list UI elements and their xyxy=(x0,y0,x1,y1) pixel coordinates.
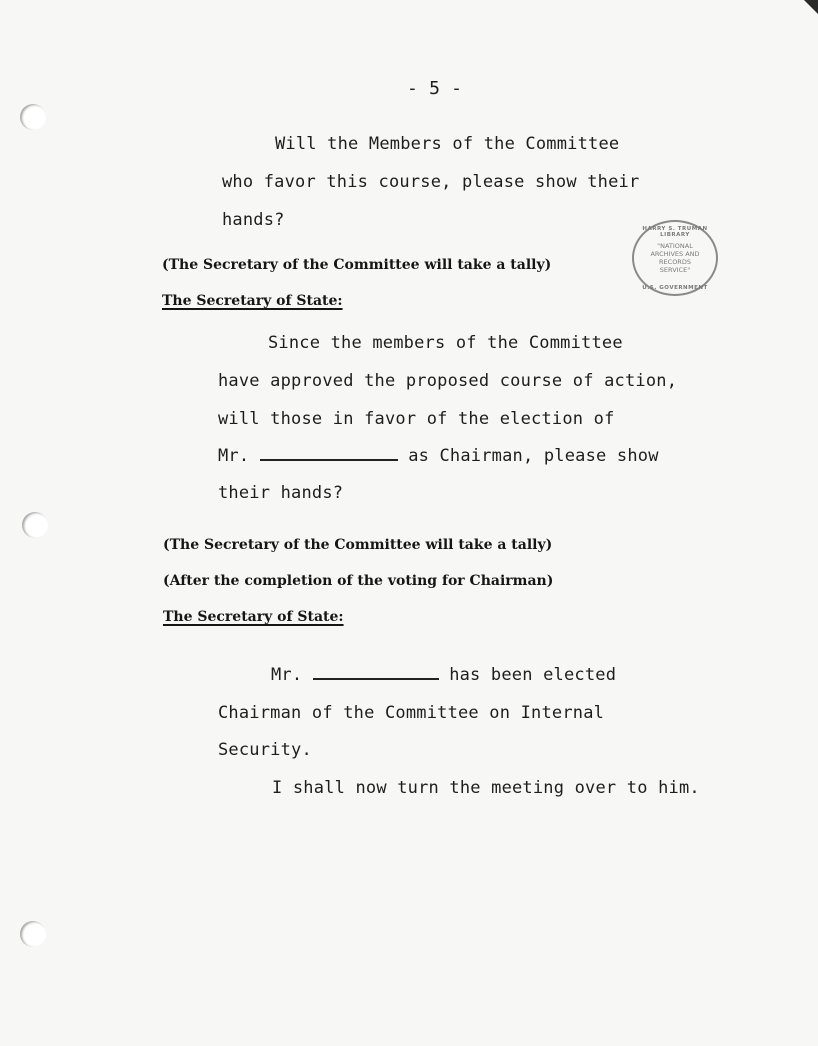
page-number: - 5 - xyxy=(407,78,462,99)
stamp-ring-bottom: U.S. GOVERNMENT xyxy=(634,285,716,291)
punch-hole-top xyxy=(20,104,46,130)
speaker-heading-1: The Secretary of State: xyxy=(162,293,343,309)
document-page: - 5 - Will the Members of the Committee … xyxy=(0,0,818,1046)
paragraph2-line2: have approved the proposed course of act… xyxy=(218,371,677,391)
paragraph3-line1: Mr. has been elected xyxy=(271,665,616,685)
stamp-line: RECORDS xyxy=(634,258,716,266)
mr-prefix: Mr. xyxy=(271,665,302,685)
stamp-line: ARCHIVES AND xyxy=(634,250,716,258)
stage-note-tally-2: (The Secretary of the Committee will tak… xyxy=(163,537,552,553)
mr-prefix: Mr. xyxy=(218,446,249,466)
stamp-center: "NATIONAL ARCHIVES AND RECORDS SERVICE" xyxy=(634,242,716,274)
stamp-line: SERVICE" xyxy=(634,266,716,274)
paragraph2-line4: Mr. as Chairman, please show xyxy=(218,446,659,466)
stamp-ring-top: HARRY S. TRUMAN LIBRARY xyxy=(634,226,716,238)
chairman-suffix: as Chairman, please show xyxy=(408,446,658,466)
stamp-line: "NATIONAL xyxy=(634,242,716,250)
stage-note-after-voting: (After the completion of the voting for … xyxy=(163,573,553,589)
name-blank xyxy=(313,678,439,680)
punch-hole-bottom xyxy=(20,921,46,947)
paragraph2-line1: Since the members of the Committee xyxy=(268,333,623,353)
paragraph3-line2: Chairman of the Committee on Internal xyxy=(218,703,604,723)
paragraph2-line3: will those in favor of the election of xyxy=(218,409,615,429)
name-blank xyxy=(260,459,398,461)
stage-note-tally-1: (The Secretary of the Committee will tak… xyxy=(162,257,551,273)
paragraph2-line5: their hands? xyxy=(218,483,343,503)
archive-stamp: HARRY S. TRUMAN LIBRARY "NATIONAL ARCHIV… xyxy=(632,220,718,296)
paragraph3-line3: Security. xyxy=(218,740,312,760)
speaker-heading-2: The Secretary of State: xyxy=(163,609,344,625)
paragraph1-line3: hands? xyxy=(222,210,285,230)
paragraph1-line1: Will the Members of the Committee xyxy=(275,134,619,154)
page-corner xyxy=(804,0,818,14)
elected-suffix: has been elected xyxy=(449,665,616,685)
punch-hole-middle xyxy=(22,512,48,538)
paragraph1-line2: who favor this course, please show their xyxy=(222,172,639,192)
paragraph4: I shall now turn the meeting over to him… xyxy=(272,778,700,798)
